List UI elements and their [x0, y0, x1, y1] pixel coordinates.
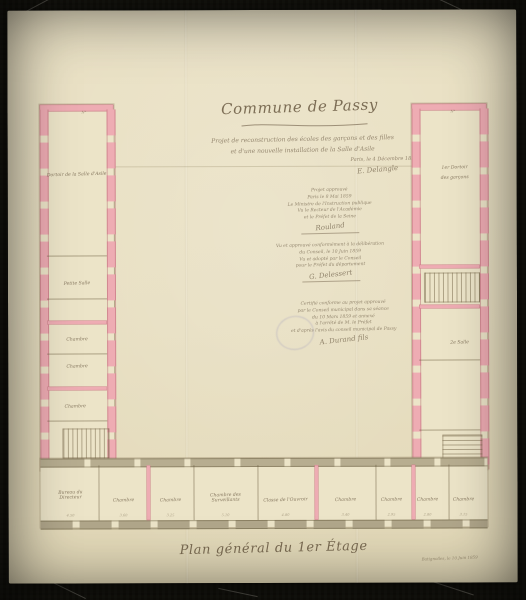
title-underline-flourish: [240, 120, 370, 130]
courtyard-outline: [114, 166, 415, 461]
partition: [419, 359, 480, 360]
document-title: Commune de Passy: [199, 95, 399, 119]
wing-number-mark: N°: [82, 110, 87, 114]
wall: [39, 104, 113, 111]
staircase: [424, 272, 480, 302]
dimension-mark: 5.10: [197, 513, 255, 517]
partition: [47, 255, 107, 256]
archival-photo: Commune de Passy Projet de reconstructio…: [0, 0, 526, 600]
right-wing: [411, 103, 487, 469]
wall: [411, 103, 486, 110]
partition: [47, 420, 107, 421]
wall-windows: [480, 108, 490, 469]
partition: [419, 429, 480, 430]
date-note: Batignolles, le 10 Juin 1859: [417, 554, 483, 561]
mount-thread: [218, 588, 257, 597]
partition: [47, 298, 107, 299]
dimension-mark: 3.25: [148, 513, 194, 517]
wall-windows: [107, 109, 117, 470]
room-label: Bureau du Directeur: [46, 490, 94, 502]
partition: [98, 465, 99, 520]
partition-new: [314, 465, 318, 520]
dimension-mark: 3.40: [323, 513, 369, 517]
partition-new: [411, 465, 415, 520]
wall-windows: [40, 110, 50, 471]
plan-caption: Plan général du 1er Étage: [159, 538, 389, 558]
partition-new: [419, 304, 480, 308]
document-subtitle-2: et d'une nouvelle installation de la Sal…: [178, 144, 428, 156]
wall-windows: [41, 519, 488, 529]
wall-doors: [40, 457, 487, 467]
partition: [448, 465, 449, 520]
dimension-mark: 4.50: [47, 513, 95, 517]
dimension-mark: 3.60: [101, 513, 147, 517]
partition: [257, 465, 258, 520]
dimension-mark: 3.15: [442, 512, 486, 516]
partition-new: [47, 386, 107, 390]
partition-new: [146, 465, 150, 520]
plan-sheet: Commune de Passy Projet de reconstructio…: [7, 9, 517, 583]
wing-number-mark: N°: [451, 109, 456, 113]
partition: [375, 465, 376, 520]
room-label: Chambre des Surveillants: [196, 492, 254, 504]
wall-windows: [412, 109, 422, 470]
dimension-mark: 4.80: [257, 513, 315, 517]
partition-new: [47, 320, 107, 324]
partition-new: [419, 264, 480, 268]
staircase: [62, 428, 109, 458]
partition: [193, 465, 194, 520]
partition: [47, 353, 107, 354]
